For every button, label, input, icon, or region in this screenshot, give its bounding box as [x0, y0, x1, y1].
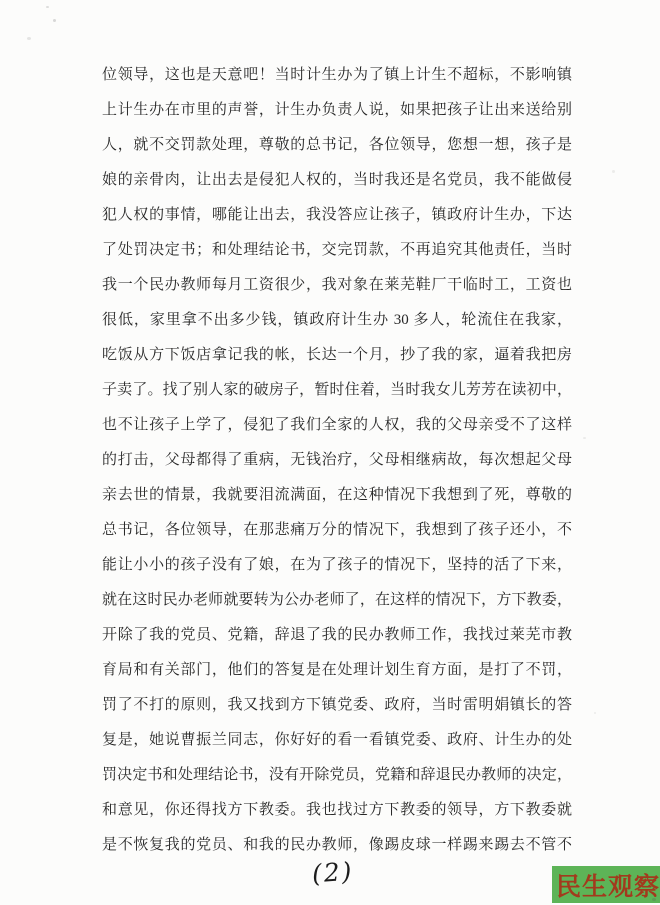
- text-line: 也不让孩子上学了，侵犯了我们全家的人权，我的父母亲受不了这样: [102, 408, 572, 443]
- text-line: 就在这时民办老师就要转为公办老师了，在这样的情况下，方下教委，: [102, 583, 572, 618]
- text-line: 开除了我的党员、党籍，辞退了我的民办教师工作，我找过莱芜市教: [102, 618, 572, 653]
- text-line: 我一个民办教师每月工资很少，我对象在莱芜鞋厂干临时工，工资也: [102, 268, 572, 303]
- text-line: 罚决定书和处理结论书，没有开除党员，党籍和辞退民办教师的决定，: [102, 758, 572, 793]
- text-line: 亲去世的情景，我就要泪流满面，在这种情况下我想到了死，尊敬的: [102, 478, 572, 513]
- scan-speck: [536, 62, 538, 64]
- watermark-minsheng-guancha: 民生观察: [552, 866, 660, 903]
- text-line: 犯人权的事情，哪能让出去，我没答应让孩子，镇政府计生办，下达: [102, 198, 572, 233]
- scan-speck: [53, 19, 56, 22]
- text-line: 能让小小的孩子没有了娘，在为了孩子的情况下，坚持的活了下来，: [102, 548, 572, 583]
- scan-speck: [652, 898, 656, 901]
- text-line: 的打击，父母都得了重病，无钱治疗，父母相继病故，每次想起父母: [102, 443, 572, 478]
- text-line: 娘的亲骨肉，让出去是侵犯人权的，当时我还是名党员，我不能做侵: [102, 163, 572, 198]
- text-line: 吃饭从方下饭店拿记我的帐，长达一个月，抄了我的家，逼着我把房: [102, 338, 572, 373]
- text-line: 上计生办在市里的声誉，计生办负责人说，如果把孩子让出来送给别: [102, 93, 572, 128]
- text-line: 罚了不打的原则，我又找到方下镇党委、政府，当时雷明娟镇长的答: [102, 688, 572, 723]
- text-line: 人，就不交罚款处理，尊敬的总书记，各位领导，您想一想，孩子是: [102, 128, 572, 163]
- text-line: 子卖了。找了别人家的破房子，暂时住着，当时我女儿芳芳在读初中，: [102, 373, 572, 408]
- text-line: 总书记，各位领导，在那悲痛万分的情况下，我想到了孩子还小，不: [102, 513, 572, 548]
- text-line: 了处罚决定书；和处理结论书，交完罚款，不再追究其他责任，当时: [102, 233, 572, 268]
- scan-speck: [27, 37, 31, 40]
- text-line: 育局和有关部门，他们的答复是在处理计划生育方面，是打了不罚，: [102, 653, 572, 688]
- scanned-letter-page: 位领导，这也是天意吧！当时计生办为了镇上计生不超标，不影响镇 上计生办在市里的声…: [0, 0, 660, 905]
- text-line: 和意见，你还得找方下教委。我也找过方下教委的领导，方下教委就: [102, 793, 572, 828]
- text-line: 复是，她说曹振兰同志，你好好的看一看镇党委、政府、计生办的处: [102, 723, 572, 758]
- scan-speck: [594, 712, 596, 714]
- scan-speck: [612, 170, 615, 173]
- text-line: 位领导，这也是天意吧！当时计生办为了镇上计生不超标，不影响镇: [102, 58, 572, 93]
- letter-body: 位领导，这也是天意吧！当时计生办为了镇上计生不超标，不影响镇 上计生办在市里的声…: [102, 58, 572, 863]
- scan-speck: [46, 6, 49, 8]
- handwritten-page-number: (2): [311, 857, 354, 889]
- scan-speck: [583, 437, 586, 439]
- text-line: 很低，家里拿不出多少钱，镇政府计生办 30 多人，轮流住在我家，: [102, 303, 572, 338]
